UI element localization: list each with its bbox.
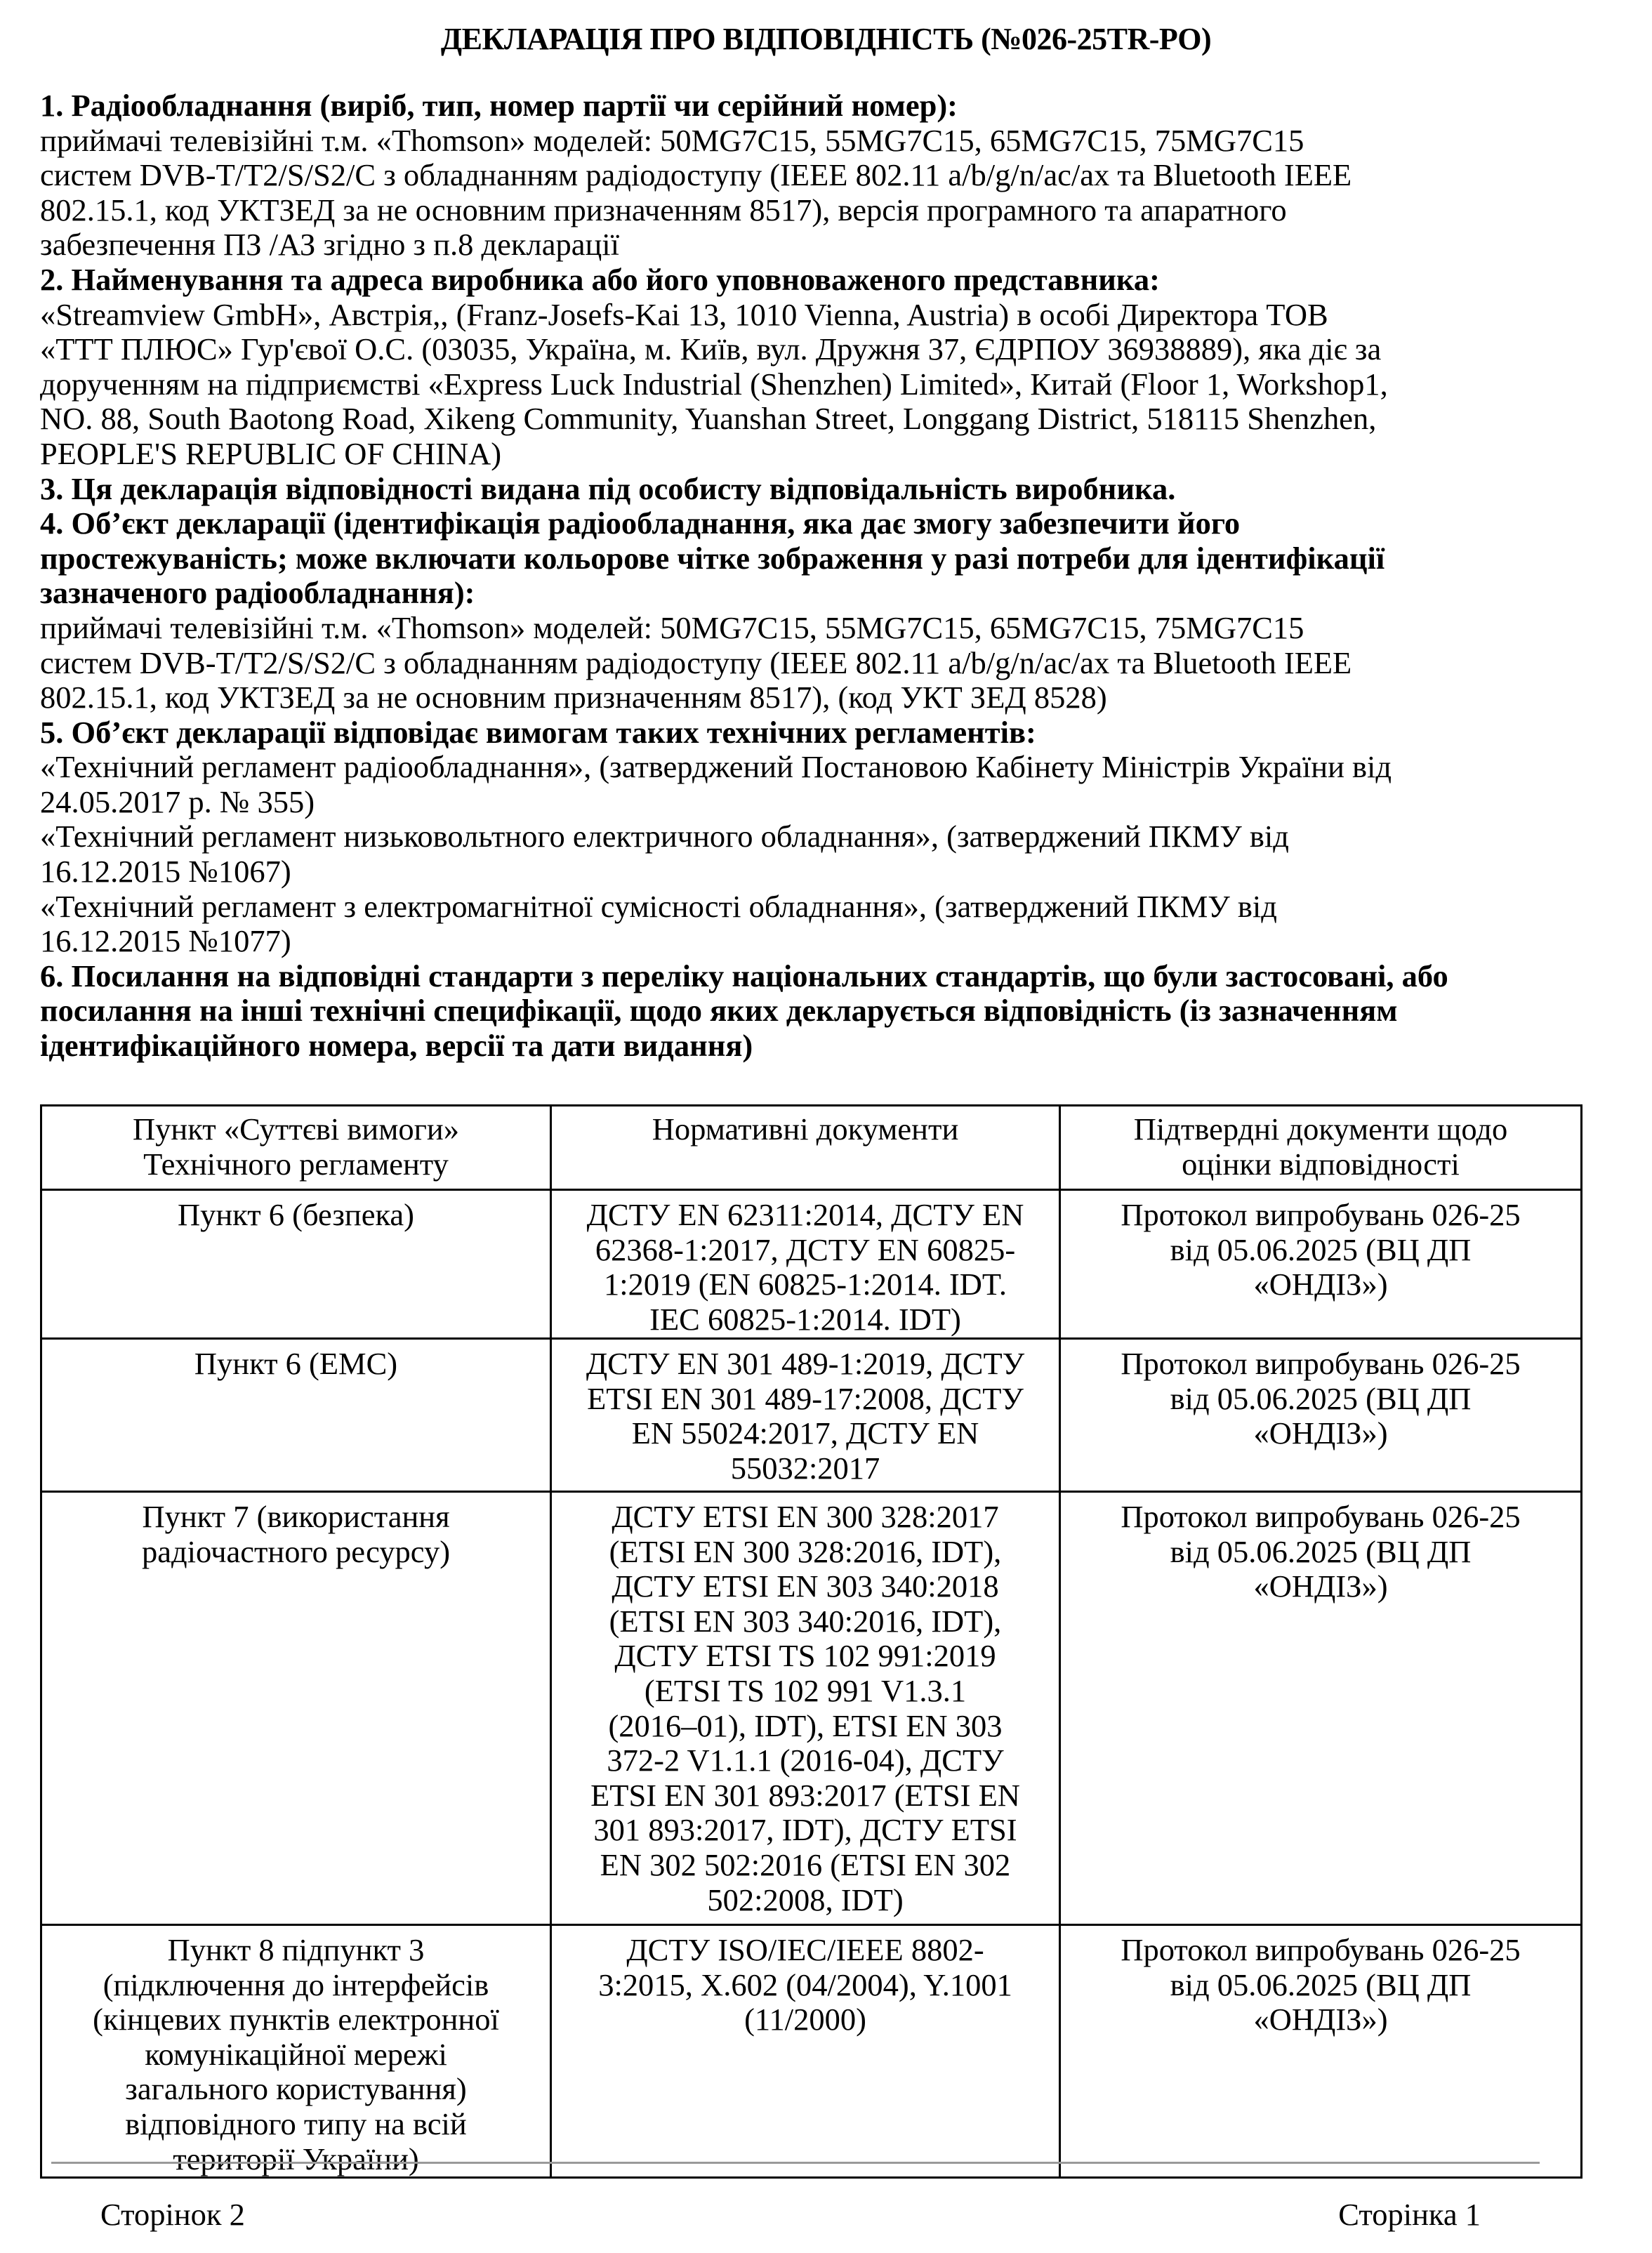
section-4-heading: простежуваність; може включати кольорове… [40, 541, 1585, 576]
section-5-line: 16.12.2015 №1067) [40, 854, 1585, 890]
cell-clause: Пункт 6 (безпека) [41, 1190, 551, 1339]
section-1-line: приймачі телевізійні т.м. «Thomson» моде… [40, 124, 1585, 159]
header-confirmation: Підтвердні документи щодооцінки відповід… [1060, 1106, 1582, 1190]
document-title: ДЕКЛАРАЦІЯ ПРО ВІДПОВІДНІСТЬ (№026-25TR-… [0, 21, 1652, 58]
section-5-line: 16.12.2015 №1077) [40, 924, 1585, 959]
section-1-heading: 1. Радіообладнання (виріб, тип, номер па… [40, 88, 1585, 124]
table-row: Пункт 7 (використаннярадіочастного ресур… [41, 1492, 1582, 1925]
header-normative: Нормативні документи [551, 1106, 1060, 1190]
section-2-line: «Streamview GmbH», Австрія,, (Franz-Jose… [40, 298, 1585, 333]
footer-page-number: Сторінка 1 [1338, 2196, 1481, 2233]
cell-normative: ДСТУ ETSI EN 300 328:2017(ETSI EN 300 32… [551, 1492, 1060, 1925]
cell-confirmation: Протокол випробувань 026-25від 05.06.202… [1060, 1190, 1582, 1339]
section-4-line: систем DVB-T/T2/S/S2/C з обладнанням рад… [40, 646, 1585, 681]
section-4-heading: 4. Об’єкт декларації (ідентифікація раді… [40, 506, 1585, 541]
section-4-line: приймачі телевізійні т.м. «Thomson» моде… [40, 611, 1585, 646]
table-row: Пункт 6 (EMC) ДСТУ EN 301 489-1:2019, ДС… [41, 1339, 1582, 1492]
table-header-row: Пункт «Суттєві вимоги»Технічного регламе… [41, 1106, 1582, 1190]
section-6-heading: 6. Посилання на відповідні стандарти з п… [40, 959, 1585, 994]
section-2-line: «ТТТ ПЛЮС» Гур'євої О.С. (03035, Україна… [40, 332, 1585, 367]
cell-normative: ДСТУ EN 62311:2014, ДСТУ EN62368-1:2017,… [551, 1190, 1060, 1339]
cell-confirmation: Протокол випробувань 026-25від 05.06.202… [1060, 1925, 1582, 2178]
section-3-heading: 3. Ця декларація відповідності видана пі… [40, 472, 1585, 507]
section-6-heading: посилання на інші технічні специфікації,… [40, 993, 1585, 1029]
cell-clause: Пункт 8 підпункт 3(підключення до інтерф… [41, 1925, 551, 2178]
section-2-line: NO. 88, South Baotong Road, Xikeng Commu… [40, 402, 1585, 437]
footer-divider [51, 2162, 1540, 2164]
header-clause: Пункт «Суттєві вимоги»Технічного регламе… [41, 1106, 551, 1190]
section-1-line: забезпечення ПЗ /АЗ згідно з п.8 деклара… [40, 227, 1585, 263]
document-body: 1. Радіообладнання (виріб, тип, номер па… [40, 88, 1585, 1064]
section-2-line: PEOPLE'S REPUBLIC OF CHINA) [40, 437, 1585, 472]
standards-table: Пункт «Суттєві вимоги»Технічного регламе… [40, 1104, 1582, 2179]
section-5-line: 24.05.2017 р. № 355) [40, 785, 1585, 820]
section-5-line: «Технічний регламент з електромагнітної … [40, 890, 1585, 925]
section-4-line: 802.15.1, код УКТЗЕД за не основним приз… [40, 680, 1585, 715]
section-4-heading: зазначеного радіообладнання): [40, 576, 1585, 611]
section-6-heading: ідентифікаційного номера, версії та дати… [40, 1029, 1585, 1064]
section-5-line: «Технічний регламент радіообладнання», (… [40, 750, 1585, 785]
cell-normative: ДСТУ EN 301 489-1:2019, ДСТУETSI EN 301 … [551, 1339, 1060, 1492]
section-2-line: дорученням на підприємстві «Express Luck… [40, 367, 1585, 402]
table-row: Пункт 6 (безпека) ДСТУ EN 62311:2014, ДС… [41, 1190, 1582, 1339]
cell-confirmation: Протокол випробувань 026-25від 05.06.202… [1060, 1492, 1582, 1925]
cell-normative: ДСТУ ISO/IEC/IEEE 8802-3:2015, X.602 (04… [551, 1925, 1060, 2178]
section-5-line: «Технічний регламент низьковольтного еле… [40, 819, 1585, 854]
section-2-heading: 2. Найменування та адреса виробника або … [40, 263, 1585, 298]
section-1-line: систем DVB-T/T2/S/S2/C з обладнанням рад… [40, 158, 1585, 193]
cell-confirmation: Протокол випробувань 026-25від 05.06.202… [1060, 1339, 1582, 1492]
section-5-heading: 5. Об’єкт декларації відповідає вимогам … [40, 715, 1585, 751]
document-page: ДЕКЛАРАЦІЯ ПРО ВІДПОВІДНІСТЬ (№026-25TR-… [0, 0, 1652, 2253]
cell-clause: Пункт 6 (EMC) [41, 1339, 551, 1492]
footer-page-count: Сторінок 2 [100, 2196, 245, 2233]
table-row: Пункт 8 підпункт 3(підключення до інтерф… [41, 1925, 1582, 2178]
section-1-line: 802.15.1, код УКТЗЕД за не основним приз… [40, 193, 1585, 228]
cell-clause: Пункт 7 (використаннярадіочастного ресур… [41, 1492, 551, 1925]
